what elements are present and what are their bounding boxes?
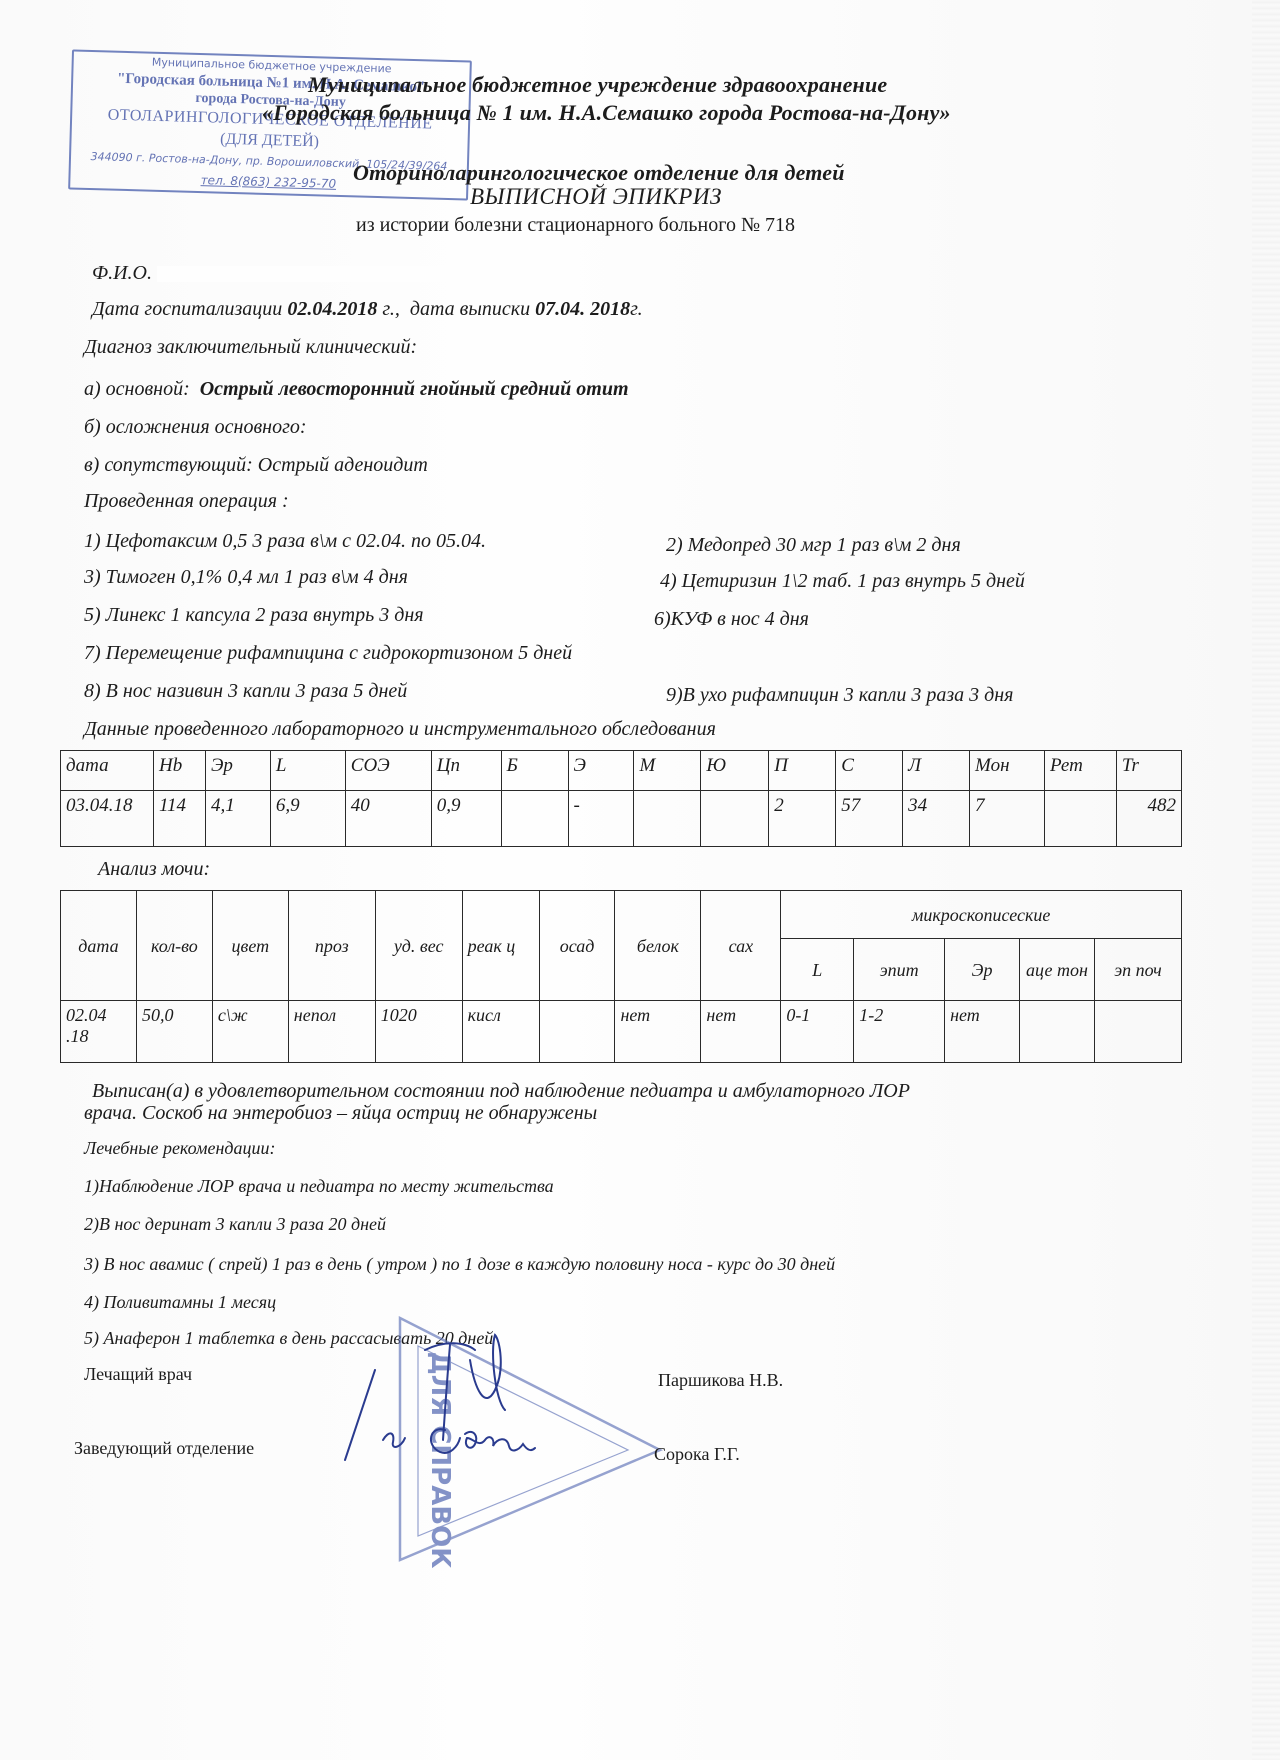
lab-col-header: Hb xyxy=(153,751,205,791)
department-head-name: Сорока Г.Г. xyxy=(654,1444,740,1465)
urine-col-header: уд. вес xyxy=(375,891,462,1001)
urine-cell: 02.04 .18 xyxy=(61,1001,137,1063)
lab-cell xyxy=(501,791,568,847)
signature xyxy=(335,1330,615,1470)
urine-col-header: кол-во xyxy=(136,891,212,1001)
lab-col-header: L xyxy=(270,751,345,791)
discharge-label: дата выписки xyxy=(410,298,530,320)
patient-fio: Ф.И.О. xyxy=(92,262,497,285)
diagnosis-complications: б) осложнения основного: xyxy=(84,416,307,439)
discharge-suffix: г. xyxy=(630,298,643,320)
treatment-heading: Проведенная операция : xyxy=(84,490,289,513)
lab-cell: 4,1 xyxy=(205,791,270,847)
urine-col-header: белок xyxy=(615,891,701,1001)
lab-col-header: Мон xyxy=(970,751,1045,791)
lab-col-header: СОЭ xyxy=(345,751,431,791)
lab-cell: 40 xyxy=(345,791,431,847)
urine-cell: 50,0 xyxy=(136,1001,212,1063)
urine-col-header: дата xyxy=(61,891,137,1001)
diagnosis-main: а) основной: Острый левосторонний гнойны… xyxy=(84,378,629,401)
org-name-line1: Муниципальное бюджетное учреждение здрав… xyxy=(308,72,887,98)
urine-cell: 1-2 xyxy=(854,1001,945,1063)
department-head-label: Заведующий отделение xyxy=(74,1438,254,1459)
lab-col-header: Б xyxy=(501,751,568,791)
lab-cell: 57 xyxy=(836,791,903,847)
scan-edge xyxy=(1252,0,1280,1760)
recommendation-item: 4) Поливитамны 1 месяц xyxy=(84,1292,276,1313)
lab-heading: Данные проведенного лабораторного и инст… xyxy=(84,718,716,741)
urine-cell xyxy=(1020,1001,1095,1063)
recommendation-item: 1)Наблюдение ЛОР врача и педиатра по мес… xyxy=(84,1176,554,1197)
treatment-item: 1) Цефотаксим 0,5 3 раза в\м с 02.04. по… xyxy=(84,530,486,553)
urine-heading: Анализ мочи: xyxy=(98,858,210,881)
urine-cell xyxy=(1094,1001,1181,1063)
fio-label: Ф.И.О. xyxy=(92,262,152,284)
discharge-date: 07.04. 2018 xyxy=(535,298,630,320)
lab-col-header: П xyxy=(769,751,836,791)
table-row: 03.04.181144,16,9400,9-257347482 xyxy=(61,791,1182,847)
lab-col-header: Рет xyxy=(1044,751,1116,791)
micro-col-header: эп поч xyxy=(1094,939,1181,1001)
lab-cell xyxy=(701,791,769,847)
lab-col-header: дата xyxy=(61,751,154,791)
lab-cell: 0,9 xyxy=(431,791,501,847)
urine-cell: нет xyxy=(701,1001,781,1063)
lab-col-header: Ю xyxy=(701,751,769,791)
lab-cell: 34 xyxy=(903,791,970,847)
urine-cell: 0-1 xyxy=(781,1001,854,1063)
urine-header-row-1: дата кол-во цвет проз уд. вес реак ц оса… xyxy=(61,891,1182,939)
lab-col-header: Tr xyxy=(1116,751,1181,791)
lab-cell xyxy=(1044,791,1116,847)
lab-col-header: Э xyxy=(568,751,634,791)
recommendations-heading: Лечебные рекомендации: xyxy=(84,1138,276,1159)
lab-cell: 482 xyxy=(1116,791,1181,847)
urine-cell: непол xyxy=(288,1001,375,1063)
urine-cell xyxy=(539,1001,615,1063)
lab-cell: 7 xyxy=(970,791,1045,847)
lab-col-header: Л xyxy=(903,751,970,791)
lab-col-header: Цп xyxy=(431,751,501,791)
admission-date: 02.04.2018 xyxy=(287,298,377,320)
discharge-status-line2: врача. Соскоб на энтеробиоз – яйца остри… xyxy=(84,1102,597,1125)
treatment-item: 4) Цетиризин 1\2 таб. 1 раз внутрь 5 дне… xyxy=(660,570,1025,593)
lab-col-header: Эр xyxy=(205,751,270,791)
urine-cell: нет xyxy=(945,1001,1020,1063)
attending-doctor-label: Лечащий врач xyxy=(84,1364,192,1385)
lab-cell: 03.04.18 xyxy=(61,791,154,847)
lab-cell: - xyxy=(568,791,634,847)
org-name-line2: «Городская больница № 1 им. Н.А.Семашко … xyxy=(262,100,951,126)
discharge-status-line1: Выписан(а) в удовлетворительном состояни… xyxy=(92,1080,910,1103)
lab-col-header: С xyxy=(836,751,903,791)
urine-col-header: реак ц xyxy=(462,891,539,1001)
micro-col-header: Эр xyxy=(945,939,1020,1001)
admission-label: Дата госпитализации xyxy=(92,298,282,320)
diagnosis-main-label: а) основной: xyxy=(84,378,190,400)
lab-cell: 6,9 xyxy=(270,791,345,847)
treatment-item: 9)В ухо рифампицин 3 капли 3 раза 3 дня xyxy=(666,684,1013,707)
urine-col-header: сах xyxy=(701,891,781,1001)
urine-cell: с\ж xyxy=(212,1001,288,1063)
treatment-item: 8) В нос називин 3 капли 3 раза 5 дней xyxy=(84,680,407,703)
lab-cell: 114 xyxy=(153,791,205,847)
urine-cell: кисл xyxy=(462,1001,539,1063)
treatment-item: 7) Перемещение рифампицина с гидрокортиз… xyxy=(84,642,572,665)
attending-doctor-name: Паршикова Н.В. xyxy=(658,1370,783,1391)
lab-header-row: датаHbЭрLСОЭЦпБЭМЮПСЛМонРетTr xyxy=(61,751,1182,791)
recommendation-item: 2)В нос деринат 3 капли 3 раза 20 дней xyxy=(84,1214,386,1235)
micro-col-header: эпит xyxy=(854,939,945,1001)
treatment-item: 3) Тимоген 0,1% 0,4 мл 1 раз в\м 4 дня xyxy=(84,566,408,589)
lab-col-header: М xyxy=(634,751,701,791)
urine-col-header: осад xyxy=(539,891,615,1001)
treatment-item: 5) Линекс 1 капсула 2 раза внутрь 3 дня xyxy=(84,604,424,627)
document-title: ВЫПИСНОЙ ЭПИКРИЗ xyxy=(470,184,722,210)
lab-cell: 2 xyxy=(769,791,836,847)
document-subtitle: из истории болезни стационарного больног… xyxy=(356,214,795,237)
lab-table: датаHbЭрLСОЭЦпБЭМЮПСЛМонРетTr 03.04.1811… xyxy=(60,750,1182,847)
micro-col-header: L xyxy=(781,939,854,1001)
hospitalization-dates: Дата госпитализации 02.04.2018 г., дата … xyxy=(92,298,643,321)
urine-cell: 1020 xyxy=(375,1001,462,1063)
document-page: Муниципальное бюджетное учреждение "Горо… xyxy=(0,0,1280,1760)
admission-suffix: г., xyxy=(382,298,400,320)
lab-cell xyxy=(634,791,701,847)
urine-cell: нет xyxy=(615,1001,701,1063)
recommendation-item: 3) В нос авамис ( спрей) 1 раз в день ( … xyxy=(84,1254,835,1275)
urine-table: дата кол-во цвет проз уд. вес реак ц оса… xyxy=(60,890,1182,1063)
diagnosis-concomitant: в) сопутствующий: Острый аденоидит xyxy=(84,454,428,477)
urine-col-header: цвет xyxy=(212,891,288,1001)
urine-col-header: проз xyxy=(288,891,375,1001)
treatment-item: 2) Медопред 30 мгр 1 раз в\м 2 дня xyxy=(666,534,961,557)
redacted-name xyxy=(157,266,497,282)
microscopy-group-header: микроскописеские xyxy=(781,891,1182,939)
micro-col-header: аце тон xyxy=(1020,939,1095,1001)
diagnosis-heading: Диагноз заключительный клинический: xyxy=(84,336,417,359)
department-name: Оториноларингологическое отделение для д… xyxy=(353,160,845,186)
table-row: 02.04 .1850,0с\жнепол1020кислнетнет0-11-… xyxy=(61,1001,1182,1063)
treatment-item: 6)КУФ в нос 4 дня xyxy=(654,608,809,631)
diagnosis-main-value: Острый левосторонний гнойный средний оти… xyxy=(200,378,629,400)
